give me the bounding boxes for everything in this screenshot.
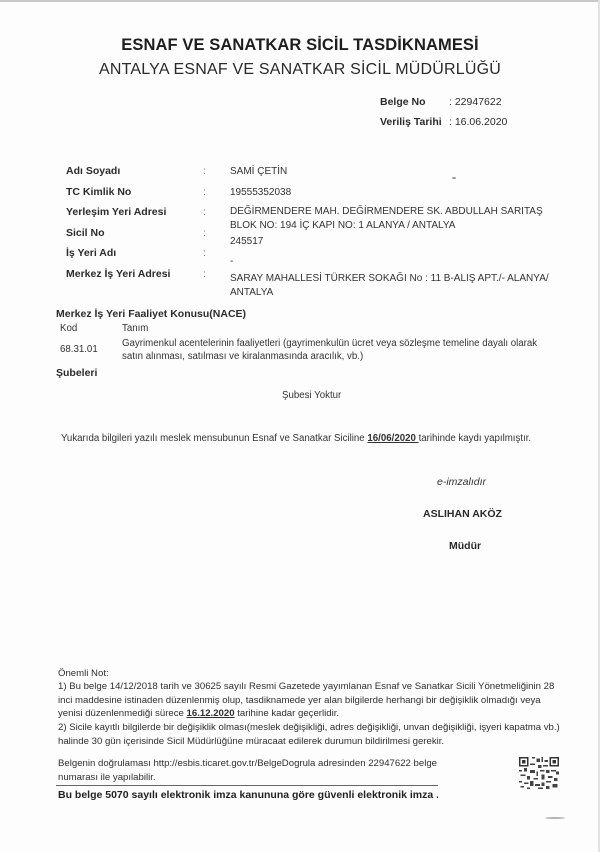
registration-date: 16/06/2020 — [367, 433, 418, 444]
field-label-adi-soyadi: Adı Soyadı — [66, 165, 120, 177]
registration-statement-before: Yukarıda bilgileri yazılı meslek mensubu… — [61, 433, 367, 444]
field-colon: : — [203, 206, 206, 218]
field-value-sicil-no: 245517 — [230, 234, 263, 249]
field-value-tc-kimlik-no: 19555352038 — [230, 185, 291, 200]
note-1-text-end: tarihine kadar geçerlidir. — [235, 708, 340, 719]
belge-no-value: : 22947622 — [449, 96, 502, 108]
field-label-sicil-no: Sicil No — [66, 227, 105, 239]
field-value-is-yeri-adi: - — [230, 254, 233, 269]
registration-statement: Yukarıda bilgileri yazılı meslek mensubu… — [61, 432, 531, 445]
e-signature-law-footer: Bu belge 5070 sayılı elektronik imza kan… — [58, 789, 438, 802]
verification-text: Belgenin doğrulaması http://esbis.ticare… — [58, 757, 458, 784]
important-note-1: 1) Bu belge 14/12/2018 tarih ve 30625 sa… — [58, 680, 563, 721]
nace-column-kod: Kod — [60, 322, 77, 335]
important-note-heading: Önemli Not: — [58, 667, 558, 681]
field-label-tc-kimlik-no: TC Kimlik No — [66, 186, 131, 198]
field-value-yerlesim-yeri-adresi-line2: BLOK NO: 194 İÇ KAPI NO: 1 ALANYA / ANTA… — [230, 218, 455, 233]
field-colon: : — [203, 227, 206, 239]
scan-speck — [452, 177, 456, 179]
registration-statement-after: tarihinde kaydı yapılmıştır. — [419, 433, 532, 444]
field-value-merkez-is-yeri-adresi-line1: SARAY MAHALLESİ TÜRKER SOKAĞI No : 11 B-… — [230, 271, 549, 286]
subeler-value: Şubesi Yoktur — [282, 389, 341, 402]
field-colon: : — [203, 186, 206, 198]
note-1-validity-date: 16.12.2020 — [187, 708, 235, 719]
document-title: ESNAF VE SANATKAR SİCİL TASDİKNAMESİ — [0, 36, 600, 55]
field-colon: : — [203, 268, 206, 280]
document-subtitle: ANTALYA ESNAF VE SANATKAR SİCİL MÜDÜRLÜĞ… — [0, 61, 600, 79]
belge-no-label: Belge No — [380, 96, 426, 108]
nace-column-tanim: Tanım — [122, 322, 148, 335]
field-label-is-yeri-adi: İş Yeri Adı — [66, 247, 116, 259]
nace-row-kod: 68.31.01 — [60, 343, 98, 356]
signer-title: Müdür — [449, 540, 481, 552]
important-note-2: 2) Sicile kayıtlı bilgilerde bir değişik… — [58, 721, 563, 748]
field-value-merkez-is-yeri-adresi-line2: ANTALYA — [230, 285, 273, 300]
verilis-tarihi-value: : 16.06.2020 — [449, 116, 507, 128]
field-label-yerlesim-yeri-adresi: Yerleşim Yeri Adresi — [66, 206, 166, 218]
scan-speck — [545, 817, 565, 819]
subeler-section-title: Şubeleri — [56, 367, 97, 379]
field-value-adi-soyadi: SAMİ ÇETİN — [230, 164, 287, 179]
e-signed-label: e-imzalıdır — [437, 476, 486, 488]
verilis-tarihi-label: Veriliş Tarihi — [380, 116, 442, 128]
field-value-yerlesim-yeri-adresi-line1: DEĞİRMENDERE MAH. DEĞİRMENDERE SK. ABDUL… — [230, 204, 543, 219]
field-label-merkez-is-yeri-adresi: Merkez İş Yeri Adresi — [66, 268, 170, 280]
signer-name: ASLIHAN AKÖZ — [423, 508, 502, 520]
nace-row-tanim-line1: Gayrimenkul acentelerinin faaliyetleri (… — [122, 337, 537, 350]
divider-line — [56, 785, 438, 786]
field-colon: : — [203, 165, 206, 177]
scan-edge-top — [0, 0, 600, 2]
document-page: ESNAF VE SANATKAR SİCİL TASDİKNAMESİ ANT… — [0, 0, 600, 852]
nace-row-tanim-line2: satın alınması, satılması ve kiralanması… — [122, 350, 363, 363]
field-colon: : — [203, 247, 206, 259]
nace-section-title: Merkez İş Yeri Faaliyet Konusu(NACE) — [56, 308, 246, 320]
qr-code-icon — [519, 757, 559, 789]
